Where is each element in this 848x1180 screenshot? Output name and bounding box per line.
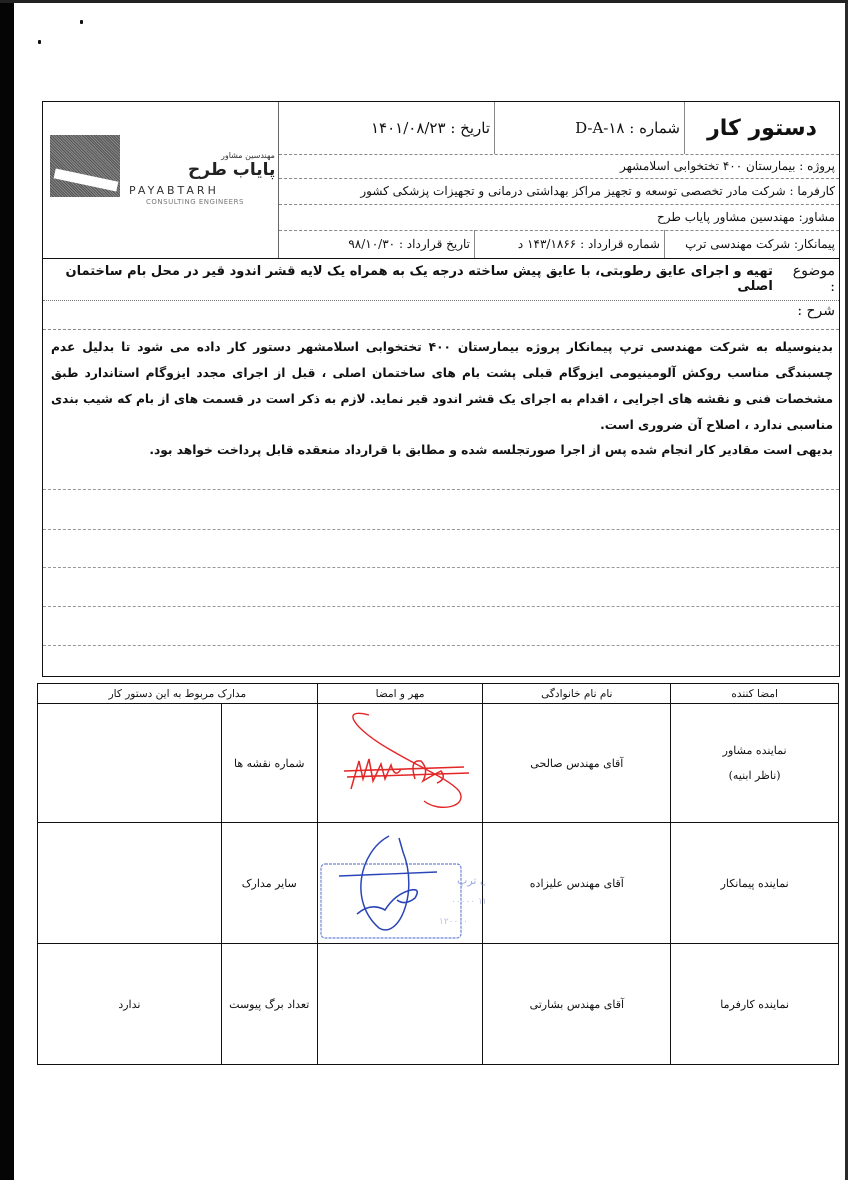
blue-stamp-icon: شرکت مهندسی ترپ ۱۳۹۰ ۰۰۰۰۰ ۱۲۰۰۰۰ xyxy=(319,832,485,944)
number-value: D-A-۱۸ xyxy=(575,119,624,137)
scan-speck xyxy=(38,40,41,44)
work-order-form: مهندسین مشاور پایاب طرح PAYABTARH CONSUL… xyxy=(42,101,840,677)
signer-name: آقای مهندس علیزاده xyxy=(483,823,671,944)
date-label: تاریخ : xyxy=(450,119,490,137)
signature-table-header: امضا کننده نام نام خانوادگی مهر و امضا م… xyxy=(38,684,839,704)
blank-line xyxy=(43,645,839,646)
header-full-name: نام نام خانوادگی xyxy=(483,684,671,704)
table-row: نماینده مشاور (ناظر ابنیه) آقای مهندس صا… xyxy=(38,704,839,823)
stamp-cell: شرکت مهندسی ترپ ۱۳۹۰ ۰۰۰۰۰ ۱۲۰۰۰۰ xyxy=(317,823,483,944)
signer-role: نماینده پیمانکار xyxy=(671,823,839,944)
logo-name-fa: پایاب طرح xyxy=(188,160,275,180)
payment-note: بدیهی است مقادیر کار انجام شده پس از اجر… xyxy=(149,443,833,457)
document-date: تاریخ : ۱۴۰۱/۰۸/۲۳ xyxy=(279,102,494,154)
contract-number-field: شماره قرارداد : ۱۴۳/۱۸۶۶ د xyxy=(474,230,664,258)
document-value: ندارد xyxy=(38,944,222,1065)
signer-name: آقای مهندس صالحی xyxy=(483,704,671,823)
subject-row: موضوع : تهیه و اجرای عایق رطوبتی، با عای… xyxy=(43,258,839,301)
signer-cell: نماینده مشاور (ناظر ابنیه) xyxy=(671,704,839,823)
scan-speck xyxy=(80,20,83,24)
description-label: شرح : xyxy=(797,303,835,319)
contract-date-field: تاریخ قرارداد : ۹۸/۱۰/۳۰ xyxy=(279,230,474,258)
consultant-row: مشاور: مهندسین مشاور پایاب طرح xyxy=(279,204,839,231)
scan-edge xyxy=(0,0,848,3)
signer-name: آقای مهندس بشارتی xyxy=(483,944,671,1065)
project-field: پروژه : بیمارستان ۴۰۰ تختخوابی اسلامشهر xyxy=(279,154,839,178)
table-row: نماینده کارفرما آقای مهندس بشارتی تعداد … xyxy=(38,944,839,1065)
document-label: شماره نقشه ها xyxy=(221,704,317,823)
contractor-field: پیمانکار: شرکت مهندسی ترپ xyxy=(664,230,839,258)
blank-line xyxy=(43,489,839,490)
contractor-row: پیمانکار: شرکت مهندسی ترپ شماره قرارداد … xyxy=(279,230,839,258)
signer-role: نماینده مشاور xyxy=(672,744,837,757)
document-title: دستور کار xyxy=(684,102,839,154)
document-number: شماره : D-A-۱۸ xyxy=(494,102,684,154)
logo-caption: مهندسین مشاور xyxy=(221,151,275,160)
stamp-cell xyxy=(317,944,483,1065)
logo-mark-icon xyxy=(50,135,120,197)
divider xyxy=(43,329,839,330)
document-label: سایر مدارک xyxy=(221,823,317,944)
header-signer: امضا کننده xyxy=(671,684,839,704)
subject-label: موضوع : xyxy=(785,263,835,295)
employer-row: کارفرما : شرکت مادر تخصصی توسعه و تجهیز … xyxy=(279,178,839,205)
red-signature-icon xyxy=(329,709,479,817)
document-value xyxy=(38,704,222,823)
svg-text:۱۳۹۰ ۰۰۰۰۰: ۱۳۹۰ ۰۰۰۰۰ xyxy=(451,897,485,907)
header-fields: دستور کار شماره : D-A-۱۸ تاریخ : ۱۴۰۱/۰۸… xyxy=(278,102,839,258)
stamp-cell xyxy=(317,704,483,823)
signer-role: نماینده کارفرما xyxy=(671,944,839,1065)
scan-edge xyxy=(0,0,14,1180)
svg-text:۱۲۰۰۰۰: ۱۲۰۰۰۰ xyxy=(439,917,468,927)
blank-line xyxy=(43,529,839,530)
employer-field: کارفرما : شرکت مادر تخصصی توسعه و تجهیز … xyxy=(279,178,839,204)
logo-tagline: CONSULTING ENGINEERS xyxy=(146,198,244,206)
number-label: شماره : xyxy=(629,119,680,137)
company-logo: مهندسین مشاور پایاب طرح PAYABTARH CONSUL… xyxy=(43,102,276,258)
document-label: تعداد برگ پیوست xyxy=(221,944,317,1065)
logo-name-en: PAYABTARH xyxy=(129,184,219,197)
blank-line xyxy=(43,567,839,568)
form-header: مهندسین مشاور پایاب طرح PAYABTARH CONSUL… xyxy=(43,102,839,259)
subject-text: تهیه و اجرای عایق رطوبتی، با عایق پیش سا… xyxy=(43,264,773,294)
header-related-documents: مدارک مربوط به این دستور کار xyxy=(38,684,318,704)
signature-table: امضا کننده نام نام خانوادگی مهر و امضا م… xyxy=(37,683,839,1065)
signer-note: (ناظر ابنیه) xyxy=(672,769,837,782)
header-stamp-signature: مهر و امضا xyxy=(317,684,483,704)
description-text: بدینوسیله به شرکت مهندسی ترپ پیمانکار پر… xyxy=(51,334,833,438)
project-row: پروژه : بیمارستان ۴۰۰ تختخوابی اسلامشهر xyxy=(279,154,839,179)
header-title-row: دستور کار شماره : D-A-۱۸ تاریخ : ۱۴۰۱/۰۸… xyxy=(279,102,839,155)
consultant-field: مشاور: مهندسین مشاور پایاب طرح xyxy=(279,204,839,230)
date-value: ۱۴۰۱/۰۸/۲۳ xyxy=(371,119,446,137)
blank-line xyxy=(43,606,839,607)
table-row: نماینده پیمانکار آقای مهندس علیزاده شرکت… xyxy=(38,823,839,944)
document-value xyxy=(38,823,222,944)
svg-text:شرکت مهندسی ترپ: شرکت مهندسی ترپ xyxy=(457,874,485,887)
